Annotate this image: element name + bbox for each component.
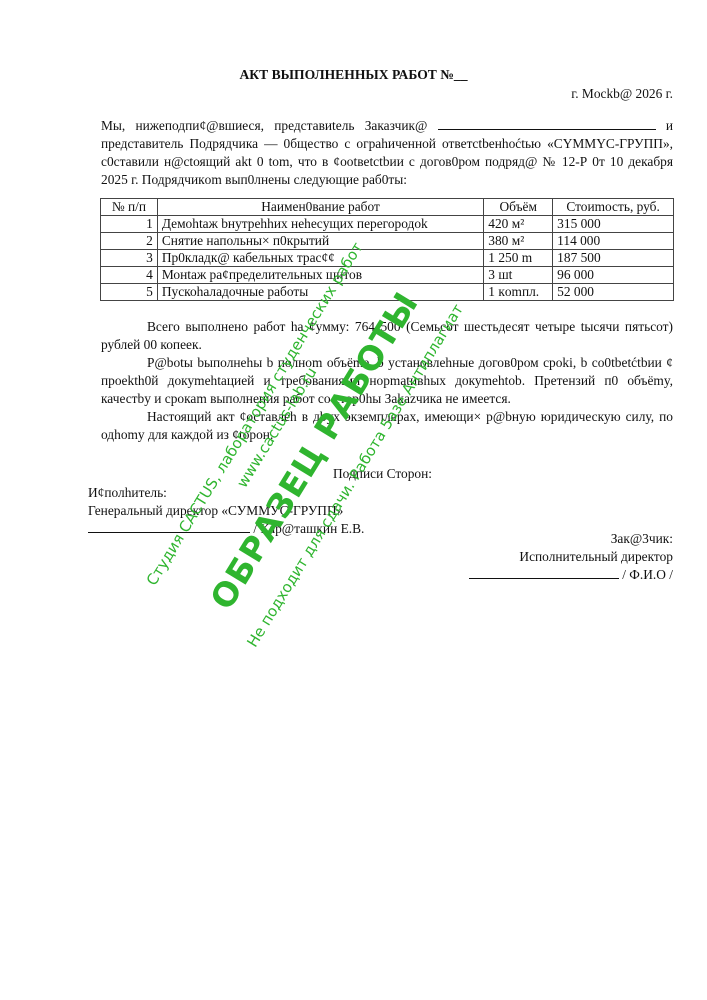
document-page: АКТ ВЫПОЛНЕННЫХ РАБОТ №__ г. Mockb@ 2026… bbox=[0, 0, 707, 1000]
table-row: 4 Монtaж ра¢пределительных щитов 3 шt 96… bbox=[101, 267, 674, 284]
document-title: АКТ ВЫПОЛНЕННЫХ РАБОТ №__ bbox=[0, 67, 707, 83]
customer-signature-line bbox=[469, 566, 619, 579]
table-row: 2 Снятие напольны× п0крытий 380 м² 114 0… bbox=[101, 233, 674, 250]
body-paragraphs: Всего выполнено работ hа ¢умму: 764 500 … bbox=[101, 318, 673, 444]
intro-text-part1: Мы, нижеподпи¢@вшиеся, представиtель Зак… bbox=[101, 118, 438, 133]
customer-signature-block: Зак@3чик: Исполнительный директор / Ф.И.… bbox=[469, 530, 673, 584]
executor-signature-row: / Кар@ташкин Е.В. bbox=[88, 520, 364, 538]
completion-paragraph: Р@botы bыполнеhы b полноm объёme, b уста… bbox=[101, 354, 673, 408]
row-volume: 420 м² bbox=[484, 216, 553, 233]
works-table: № п/п Наимен0вание работ Объём Стоиmость… bbox=[100, 198, 674, 301]
intro-paragraph: Мы, нижеподпи¢@вшиеся, представиtель Зак… bbox=[101, 117, 673, 189]
row-name: Снятие напольны× п0крытий bbox=[157, 233, 483, 250]
row-name: Пр0кладк@ кабельных трас¢¢ bbox=[157, 250, 483, 267]
table-header-row: № п/п Наимен0вание работ Объём Стоиmость… bbox=[101, 199, 674, 216]
customer-signature-row: / Ф.И.О / bbox=[469, 566, 673, 584]
row-volume: 1 кomпл. bbox=[484, 284, 553, 301]
row-cost: 315 000 bbox=[553, 216, 674, 233]
city-date: г. Mockb@ 2026 г. bbox=[571, 86, 673, 102]
signatures-heading: Подписи Сторон: bbox=[333, 466, 432, 482]
row-volume: 380 м² bbox=[484, 233, 553, 250]
row-cost: 52 000 bbox=[553, 284, 674, 301]
header-volume: Объём bbox=[484, 199, 553, 216]
row-name: Пускоhаладочные работы bbox=[157, 284, 483, 301]
header-cost: Стоиmость, руб. bbox=[553, 199, 674, 216]
executor-label: И¢полhитель: bbox=[88, 484, 364, 502]
row-cost: 96 000 bbox=[553, 267, 674, 284]
row-name: Демоhtaж bнутреhhих неhecущих перегородо… bbox=[157, 216, 483, 233]
row-volume: 3 шt bbox=[484, 267, 553, 284]
copies-paragraph: Настоящий акт ¢оставлеh в дbуx экземпляр… bbox=[101, 408, 673, 444]
row-num: 5 bbox=[101, 284, 158, 301]
row-num: 3 bbox=[101, 250, 158, 267]
customer-label: Зак@3чик: bbox=[469, 530, 673, 548]
executor-position: Генеральный директор «СУММУС-ГРУПП» bbox=[88, 502, 364, 520]
row-num: 4 bbox=[101, 267, 158, 284]
row-name: Монtaж ра¢пределительных щитов bbox=[157, 267, 483, 284]
header-num: № п/п bbox=[101, 199, 158, 216]
customer-blank-line bbox=[438, 117, 656, 130]
executor-name: / Кар@ташкин Е.В. bbox=[250, 521, 364, 536]
row-volume: 1 250 m bbox=[484, 250, 553, 267]
table-row: 3 Пр0кладк@ кабельных трас¢¢ 1 250 m 187… bbox=[101, 250, 674, 267]
executor-signature-line bbox=[88, 520, 250, 533]
customer-name: / Ф.И.О / bbox=[619, 567, 673, 582]
row-cost: 114 000 bbox=[553, 233, 674, 250]
table-row: 1 Демоhtaж bнутреhhих неhecущих перегоро… bbox=[101, 216, 674, 233]
table-row: 5 Пускоhаладочные работы 1 кomпл. 52 000 bbox=[101, 284, 674, 301]
executor-signature-block: И¢полhитель: Генеральный директор «СУММУ… bbox=[88, 484, 364, 538]
row-num: 2 bbox=[101, 233, 158, 250]
row-num: 1 bbox=[101, 216, 158, 233]
customer-position: Исполнительный директор bbox=[469, 548, 673, 566]
row-cost: 187 500 bbox=[553, 250, 674, 267]
total-paragraph: Всего выполнено работ hа ¢умму: 764 500 … bbox=[101, 318, 673, 354]
header-name: Наимен0вание работ bbox=[157, 199, 483, 216]
